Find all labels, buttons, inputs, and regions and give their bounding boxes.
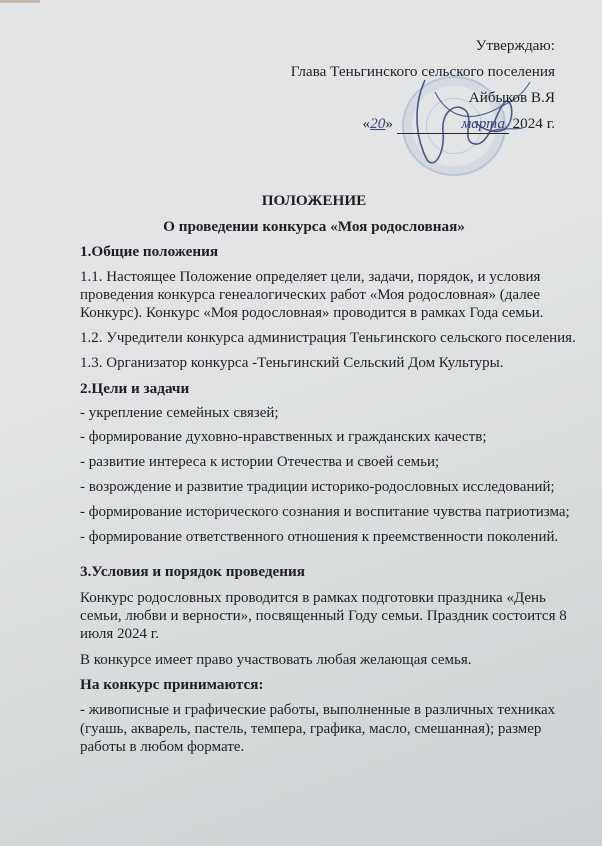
- photo-edge-strip: [0, 0, 40, 3]
- date-month: марта: [461, 115, 504, 132]
- paragraph-3-line: Конкурс родословных проводится в рамках …: [80, 589, 540, 607]
- goal-item: - формирование духовно-нравственных и гр…: [80, 428, 487, 446]
- paragraph-1-2: 1.2. Учредители конкурса администрация Т…: [80, 329, 576, 347]
- approval-label: Утверждаю:: [476, 37, 555, 55]
- approver-name: Айбыков В.Я: [469, 89, 555, 107]
- paragraph-1-3: 1.3. Организатор конкурса -Теньгинский С…: [80, 354, 503, 372]
- date-open-quote: «: [363, 115, 371, 132]
- paragraph-3-line: июля 2024 г.: [80, 625, 159, 643]
- document-subtitle: О проведении конкурса «Моя родословная»: [0, 218, 602, 236]
- goal-item: - формирование исторического сознания и …: [80, 503, 570, 521]
- paragraph-3-line: семьи, любви и верности», посвященный Го…: [80, 607, 540, 625]
- goal-item: - возрождение и развитие традиции истори…: [80, 478, 555, 496]
- paragraph-1-1-line: 1.1. Настоящее Положение определяет цели…: [80, 268, 540, 286]
- paragraph-1-1-line: Конкурс). Конкурс «Моя родословная» пров…: [80, 304, 544, 322]
- document-page: Утверждаю: Глава Теньгинского сельского …: [0, 0, 602, 846]
- goal-item: - развитие интереса к истории Отечества …: [80, 453, 439, 471]
- accepted-works-line: - живописные и графические работы, выпол…: [80, 701, 538, 719]
- paragraph-1-1-line: проведения конкурса генеалогических рабо…: [80, 286, 540, 304]
- goal-item: - формирование ответственного отношения …: [80, 528, 558, 546]
- goal-item: - укрепление семейных связей;: [80, 404, 279, 422]
- approval-date: «20» марта 2024 г.: [363, 115, 555, 134]
- approver-position: Глава Теньгинского сельского поселения: [291, 63, 555, 81]
- date-year: 2024 г.: [513, 115, 555, 132]
- accepted-works-heading: На конкурс принимаются:: [80, 676, 264, 694]
- section-2-heading: 2.Цели и задачи: [80, 380, 189, 398]
- date-close-quote: »: [385, 115, 393, 132]
- date-month-line: марта: [397, 115, 509, 134]
- document-title: ПОЛОЖЕНИЕ: [0, 192, 602, 210]
- paragraph-3-eligibility: В конкурсе имеет право участвовать любая…: [80, 651, 472, 669]
- section-1-heading: 1.Общие положения: [80, 243, 218, 261]
- section-3-heading: 3.Условия и порядок проведения: [80, 563, 305, 581]
- accepted-works-line: (гуашь, акварель, пастель, темпера, граф…: [80, 720, 538, 738]
- date-day: 20: [370, 115, 385, 132]
- accepted-works-line: работы в любом формате.: [80, 738, 244, 756]
